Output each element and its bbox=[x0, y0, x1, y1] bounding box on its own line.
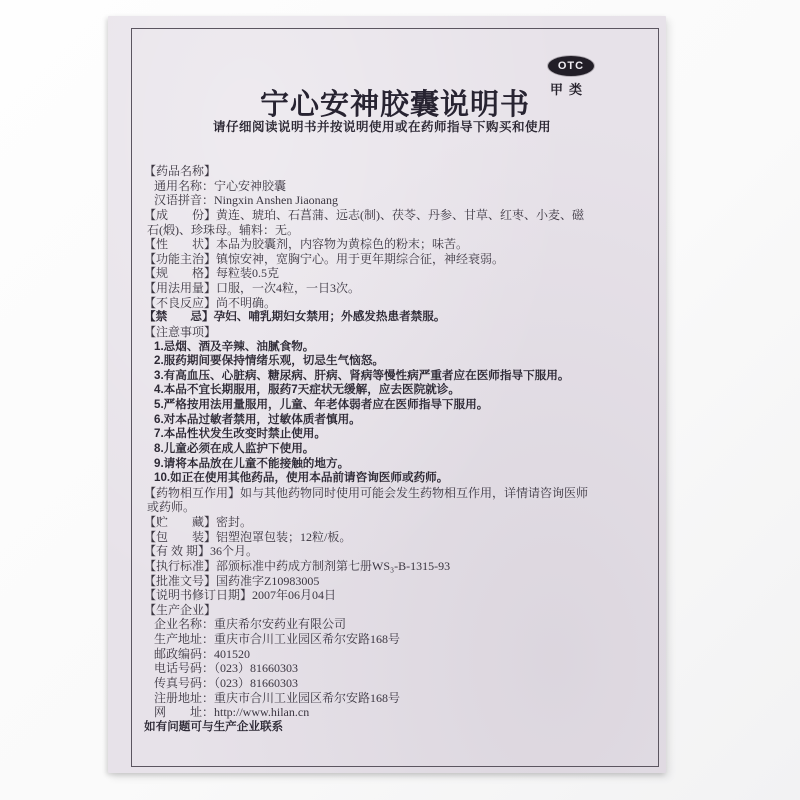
line-drug-interactions-1: 【药物相互作用】如与其他药物同时使用可能会发生药物相互作用，详情请咨询医师 bbox=[144, 486, 646, 501]
line-precaution-9: 9.请将本品放在儿童不能接触的地方。 bbox=[144, 457, 646, 472]
line-adverse-reactions: 【不良反应】尚不明确。 bbox=[144, 296, 646, 311]
line-precautions-label: 【注意事项】 bbox=[144, 325, 646, 340]
line-production-address: 生产地址：重庆市合川工业园区希尔安路168号 bbox=[144, 632, 646, 647]
line-precaution-5: 5.严格按用法用量服用，儿童、年老体弱者应在医师指导下服用。 bbox=[144, 398, 646, 413]
line-properties: 【性 状】本品为胶囊剂，内容物为黄棕色的粉末；味苦。 bbox=[144, 237, 646, 252]
insert-body: 【药品名称】 通用名称：宁心安神胶囊 汉语拼音：Ningxin Anshen J… bbox=[144, 164, 646, 734]
line-generic-name: 通用名称：宁心安神胶囊 bbox=[144, 179, 646, 194]
line-precaution-1: 1.忌烟、酒及辛辣、油腻食物。 bbox=[144, 340, 646, 355]
line-precaution-7: 7.本品性状发生改变时禁止使用。 bbox=[144, 427, 646, 442]
line-website: 网 址：http://www.hilan.cn bbox=[144, 705, 646, 720]
line-registered-address: 注册地址：重庆市合川工业园区希尔安路168号 bbox=[144, 691, 646, 706]
line-contraindications: 【禁 忌】孕妇、哺乳期妇女禁用；外感发热患者禁服。 bbox=[144, 310, 646, 325]
line-precaution-6: 6.对本品过敏者禁用，过敏体质者慎用。 bbox=[144, 413, 646, 428]
otc-category-label: 甲类 bbox=[548, 79, 608, 98]
line-phone-number: 电话号码：（023）81660303 bbox=[144, 661, 646, 676]
scan-background: 宁心安神胶囊说明书 请仔细阅读说明书并按说明使用或在药师指导下购买和使用 OTC… bbox=[0, 0, 800, 800]
line-dosage: 【用法用量】口服，一次4粒，一日3次。 bbox=[144, 281, 646, 296]
line-company-name: 企业名称：重庆希尔安药业有限公司 bbox=[144, 617, 646, 632]
line-ingredients-2: 石(煅)、珍珠母。辅料：无。 bbox=[144, 223, 646, 238]
line-indications: 【功能主治】镇惊安神，宽胸宁心。用于更年期综合征，神经衰弱。 bbox=[144, 252, 646, 267]
line-drug-name-label: 【药品名称】 bbox=[144, 164, 646, 179]
page-subtitle: 请仔细阅读说明书并按说明使用或在药师指导下购买和使用 bbox=[103, 117, 661, 135]
line-precaution-8: 8.儿童必须在成人监护下使用。 bbox=[144, 442, 646, 457]
line-pinyin: 汉语拼音：Ningxin Anshen Jiaonang bbox=[144, 193, 646, 208]
line-fax-number: 传真号码：（023）81660303 bbox=[144, 676, 646, 691]
line-validity: 【有 效 期】36个月。 bbox=[144, 544, 646, 559]
line-contact-note: 如有问题可与生产企业联系 bbox=[144, 720, 646, 735]
line-specification: 【规 格】每粒装0.5克 bbox=[144, 266, 646, 281]
otc-badge: OTC 甲类 bbox=[548, 56, 608, 98]
line-precaution-10: 10.如正在使用其他药品，使用本品前请咨询医师或药师。 bbox=[144, 471, 646, 486]
line-drug-interactions-2: 或药师。 bbox=[144, 500, 646, 515]
package-insert-page: 宁心安神胶囊说明书 请仔细阅读说明书并按说明使用或在药师指导下购买和使用 OTC… bbox=[108, 16, 666, 773]
line-approval-number: 【批准文号】国药准字Z10983005 bbox=[144, 574, 646, 589]
line-precaution-3: 3.有高血压、心脏病、糖尿病、肝病、肾病等慢性病严重者应在医师指导下服用。 bbox=[144, 369, 646, 384]
line-ingredients-1: 【成 份】黄连、琥珀、石菖蒲、远志(制)、茯苓、丹参、甘草、红枣、小麦、磁 bbox=[144, 208, 646, 223]
line-storage: 【贮 藏】密封。 bbox=[144, 515, 646, 530]
line-revision-date: 【说明书修订日期】2007年06月04日 bbox=[144, 588, 646, 603]
otc-oval-icon: OTC bbox=[548, 56, 594, 76]
line-precaution-2: 2.服药期间要保持情绪乐观，切忌生气恼怒。 bbox=[144, 354, 646, 369]
line-packaging: 【包 装】铝塑泡罩包装；12粒/板。 bbox=[144, 530, 646, 545]
line-standard: 【执行标准】部颁标准中药成方制剂第七册WS₃-B-1315-93 bbox=[144, 559, 646, 574]
line-manufacturer-label: 【生产企业】 bbox=[144, 603, 646, 618]
line-precaution-4: 4.本品不宜长期服用，服药7天症状无缓解，应去医院就诊。 bbox=[144, 383, 646, 398]
line-postal-code: 邮政编码：401520 bbox=[144, 647, 646, 662]
